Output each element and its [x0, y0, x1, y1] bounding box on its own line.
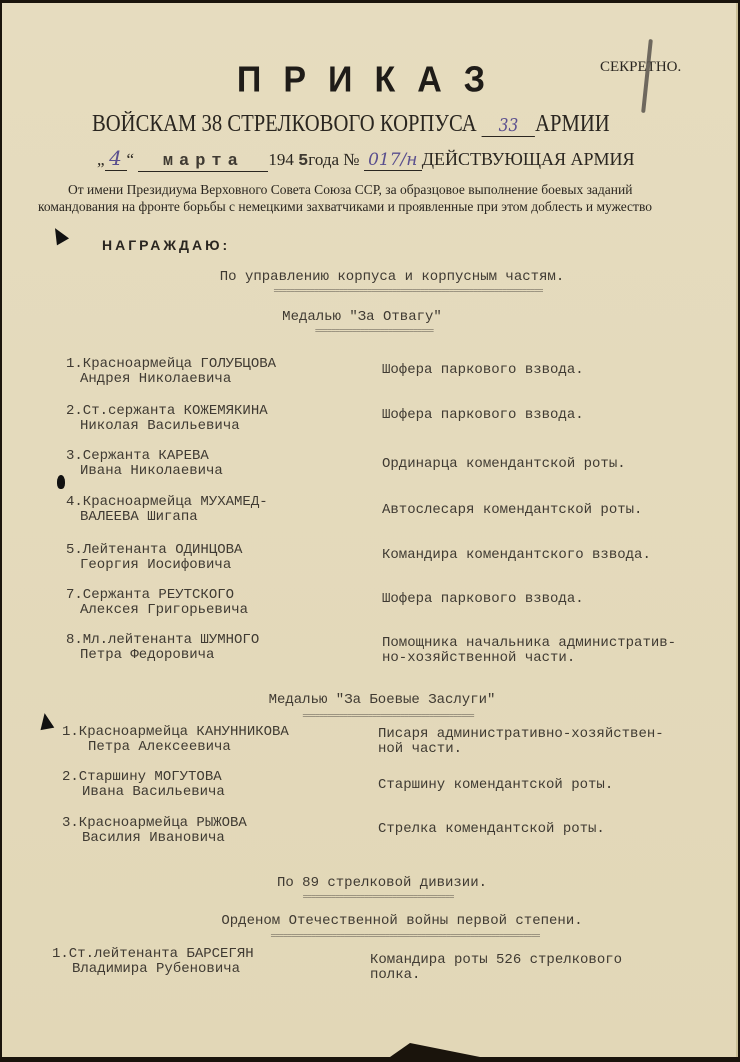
recipient-role-line: Писаря административно-хозяйствен-: [378, 727, 664, 742]
recipient-patronymic: Петра Федоровича: [66, 648, 259, 663]
recipient-name: 8.Мл.лейтенанта ШУМНОГО: [66, 633, 259, 648]
recipient-patronymic: Петра Алексеевича: [62, 740, 289, 755]
army-number: 33: [482, 115, 535, 137]
recipient-patronymic: Ивана Васильевича: [62, 785, 225, 800]
year-digit: 5: [298, 152, 308, 171]
recipient-role: Шофера паркового взвода.: [382, 363, 584, 378]
intro-paragraph: От имени Президиума Верховного Совета Со…: [38, 181, 708, 215]
award-heading: НАГРАЖДАЮ:: [102, 237, 230, 253]
recipient-name: 2.Ст.сержанта КОЖЕМЯКИНА: [66, 404, 268, 419]
troops-prefix: ВОЙСКАМ 38 СТРЕЛКОВОГО КОРПУСА: [92, 111, 477, 137]
troops-suffix: АРМИИ: [535, 111, 610, 137]
torn-edge: [390, 1043, 480, 1057]
underline-divider: ========================================…: [202, 286, 614, 296]
recipient-patronymic: Николая Васильевича: [66, 419, 268, 434]
recipient-patronymic: Алексея Григорьевича: [66, 603, 248, 618]
recipient-role-line: полка.: [370, 968, 622, 983]
medal-heading: Медалью "За Отвагу": [232, 309, 492, 325]
year-word: года №: [308, 150, 359, 169]
recipient-role: Ординарца комендантской роты.: [382, 457, 626, 472]
award-entry: 1.Ст.лейтенанта БАРСЕГЯН Владимира Рубен…: [52, 947, 254, 977]
section-unit-heading: По управлению корпуса и корпусным частям…: [152, 269, 632, 285]
arrow-mark-icon: [49, 225, 69, 246]
underline-divider: =====================================: [265, 892, 491, 902]
section-unit-heading: По 89 стрелковой дивизии.: [252, 875, 512, 891]
recipient-patronymic: ВАЛЕЕВА Шигапа: [66, 510, 268, 525]
award-entry: 5.Лейтенанта ОДИНЦОВА Георгия Иосифовича: [66, 543, 242, 573]
award-entry: 2.Старшину МОГУТОВА Ивана Васильевича: [62, 770, 225, 800]
recipient-name: 3.Сержанта КАРЕВА: [66, 449, 223, 464]
recipient-role: Помощника начальника административ- но-х…: [382, 636, 676, 666]
recipient-role-line: Помощника начальника административ-: [382, 636, 676, 651]
underline-divider: =============================: [284, 326, 464, 336]
order-day: 4: [105, 146, 127, 171]
recipient-role: Командира роты 526 стрелкового полка.: [370, 953, 622, 983]
order-month: марта: [138, 152, 268, 172]
document-page: СЕКРЕТНО. ПРИКАЗ ВОЙСКАМ 38 СТРЕЛКОВОГО …: [2, 3, 738, 1057]
underline-divider: ========================================…: [195, 931, 615, 941]
order-number: 017/н: [364, 150, 422, 171]
award-entry: 4.Красноармейца МУХАМЕД- ВАЛЕЕВА Шигапа: [66, 495, 268, 525]
troops-line: ВОЙСКАМ 38 СТРЕЛКОВОГО КОРПУСА 33АРМИИ: [92, 111, 610, 138]
ink-blot-mark: [57, 475, 65, 489]
award-entry: 3.Красноармейца РЫЖОВА Василия Ивановича: [62, 816, 247, 846]
recipient-role: Писаря административно-хозяйствен- ной ч…: [378, 727, 664, 757]
award-entry: 3.Сержанта КАРЕВА Ивана Николаевича: [66, 449, 223, 479]
underline-divider: ========================================…: [260, 711, 516, 721]
recipient-role: Шофера паркового взвода.: [382, 592, 584, 607]
recipient-role: Старшину комендантской роты.: [378, 778, 613, 793]
year-prefix: 194: [268, 150, 294, 169]
medal-heading: Медалью "За Боевые Заслуги": [232, 692, 532, 708]
arrow-mark-icon: [38, 712, 55, 730]
award-entry: 8.Мл.лейтенанта ШУМНОГО Петра Федоровича: [66, 633, 259, 663]
recipient-name: 3.Красноармейца РЫЖОВА: [62, 816, 247, 831]
recipient-role: Шофера паркового взвода.: [382, 408, 584, 423]
recipient-name: 2.Старшину МОГУТОВА: [62, 770, 225, 785]
order-location: ДЕЙСТВУЮЩАЯ АРМИЯ: [422, 149, 635, 169]
recipient-role-line: Командира роты 526 стрелкового: [370, 953, 622, 968]
award-entry: 1.Красноармейца ГОЛУБЦОВА Андрея Николае…: [66, 357, 276, 387]
recipient-name: 5.Лейтенанта ОДИНЦОВА: [66, 543, 242, 558]
document-title: ПРИКАЗ: [2, 60, 740, 101]
date-line: „4“ марта194 5года № 017/нДЕЙСТВУЮЩАЯ АР…: [97, 146, 635, 172]
recipient-patronymic: Георгия Иосифовича: [66, 558, 242, 573]
recipient-patronymic: Ивана Николаевича: [66, 464, 223, 479]
recipient-role: Автослесаря комендантской роты.: [382, 503, 642, 518]
recipient-role: Стрелка комендантской роты.: [378, 822, 605, 837]
recipient-name: 7.Сержанта РЕУТСКОГО: [66, 588, 248, 603]
recipient-name: 4.Красноармейца МУХАМЕД-: [66, 495, 268, 510]
recipient-patronymic: Василия Ивановича: [62, 831, 247, 846]
recipient-name: 1.Красноармейца ГОЛУБЦОВА: [66, 357, 276, 372]
recipient-patronymic: Андрея Николаевича: [66, 372, 276, 387]
medal-heading: Орденом Отечественной войны первой степе…: [172, 913, 632, 929]
award-entry: 2.Ст.сержанта КОЖЕМЯКИНА Николая Василье…: [66, 404, 268, 434]
recipient-name: 1.Ст.лейтенанта БАРСЕГЯН: [52, 947, 254, 962]
recipient-role: Командира комендантского взвода.: [382, 548, 651, 563]
recipient-name: 1.Красноармейца КАНУННИКОВА: [62, 725, 289, 740]
award-entry: 1.Красноармейца КАНУННИКОВА Петра Алексе…: [62, 725, 289, 755]
recipient-role-line: но-хозяйственной части.: [382, 651, 676, 666]
award-entry: 7.Сержанта РЕУТСКОГО Алексея Григорьевич…: [66, 588, 248, 618]
recipient-role-line: ной части.: [378, 742, 664, 757]
recipient-patronymic: Владимира Рубеновича: [52, 962, 254, 977]
